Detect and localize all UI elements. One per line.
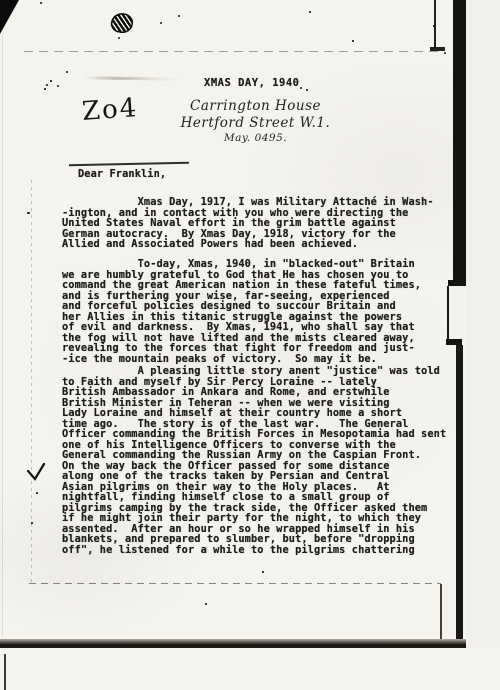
speckle — [178, 15, 180, 17]
speckle — [160, 22, 162, 24]
page-bottom-edge-band — [0, 639, 466, 648]
speckle — [352, 40, 354, 42]
letterhead: Carrington House Hertford Street W.1. Ma… — [168, 98, 343, 145]
top-right-fold-foot — [430, 47, 445, 51]
ink-blot-mark — [110, 12, 135, 35]
speckle — [31, 522, 33, 524]
speckle — [433, 25, 435, 27]
letterhead-street-line: Hertford Street W.1. — [168, 115, 343, 132]
bottom-dashed-line — [29, 583, 441, 584]
letterhead-smudge — [84, 76, 178, 81]
date-heading: XMAS DAY, 1940 — [204, 78, 300, 89]
speckle — [36, 492, 38, 494]
speckle — [40, 2, 42, 4]
speckle — [44, 88, 46, 90]
right-edge-band-lower — [456, 345, 463, 648]
speckle — [50, 80, 52, 82]
underlying-sheet — [0, 648, 500, 690]
speckle — [309, 11, 311, 13]
letterhead-house-line: Carrington House — [168, 98, 343, 115]
left-page-crease — [2, 36, 3, 636]
underlying-sheet-edge-line — [4, 654, 6, 690]
paragraph-1: Xmas Day, 1917, I was Military Attaché i… — [62, 197, 434, 250]
salutation: Dear Franklin, — [78, 169, 166, 180]
speckle — [300, 87, 302, 89]
reference-mark: Zo4 — [81, 93, 139, 127]
speckle — [57, 85, 59, 87]
pen-check-mark — [25, 460, 47, 482]
speckle — [306, 89, 308, 91]
faint-crease-line-top — [24, 51, 438, 52]
paragraph-2: To-day, Xmas, 1940, in "blacked-out" Bri… — [62, 259, 421, 364]
speckle — [27, 212, 30, 214]
speckle — [66, 71, 68, 73]
right-edge-band-upper — [453, 0, 466, 283]
letterhead-phone-line: May. 0495. — [168, 132, 343, 145]
corner-fold-mark — [0, 0, 19, 34]
scanned-letter-page: Zo4 XMAS DAY, 1940 Carrington House Hert… — [0, 0, 500, 690]
salutation-underline — [69, 162, 189, 167]
speckle — [46, 84, 48, 86]
speckle — [262, 571, 264, 573]
speckle — [118, 37, 120, 39]
bottom-right-vertical-line — [440, 584, 442, 640]
paragraph-3: A pleasing little story anent "justice" … — [62, 366, 446, 555]
speckle — [205, 603, 207, 605]
speckle — [444, 52, 446, 54]
right-margin-strip — [466, 0, 500, 648]
right-edge-tab — [447, 286, 463, 341]
top-right-fold-line — [434, 0, 436, 48]
